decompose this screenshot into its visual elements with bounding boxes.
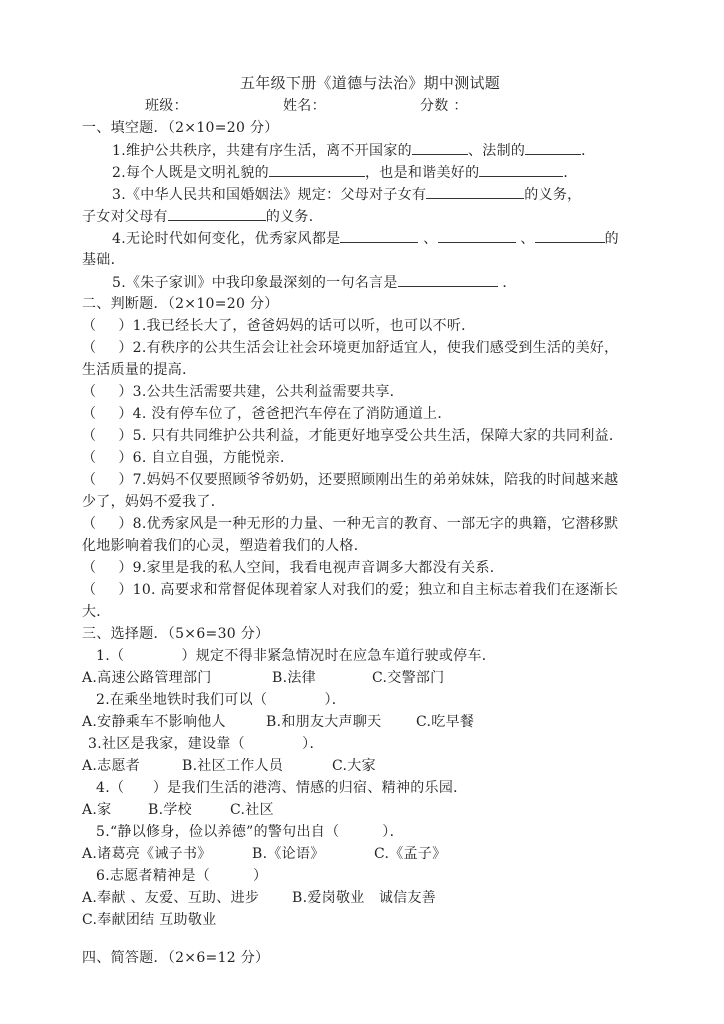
- tf-item-text: 6. 自立自强，方能悦亲．: [133, 450, 295, 466]
- answer-paren[interactable]: （）: [82, 340, 133, 356]
- answer-paren[interactable]: （）: [82, 516, 133, 532]
- tf-item: （）7.妈妈不仅要照顾爷爷奶奶，还要照顾刚出生的弟弟妹妹，陪我的时间越来越: [82, 470, 618, 490]
- q2-text-c: ．: [563, 165, 577, 181]
- tf-item-text: 9.家里是我的私人空间，我看电视声音调多大都没有关系．: [133, 560, 504, 576]
- section-heading-short-answer: 四、简答题．（2×6=12 分）: [82, 948, 269, 968]
- answer-blank[interactable]: [479, 162, 563, 177]
- class-label: 班级：: [145, 96, 188, 116]
- tf-item: （）9.家里是我的私人空间，我看电视声音调多大都没有关系．: [82, 558, 504, 578]
- answer-paren[interactable]: （）: [82, 428, 133, 444]
- answer-paren[interactable]: （）: [82, 472, 133, 488]
- answer-blank[interactable]: [426, 184, 524, 199]
- page-title: 五年级下册《道德与法治》期中测试题: [240, 73, 500, 93]
- tf-item: （）4. 没有停车位了，爸爸把汽车停在了消防通道上．: [82, 404, 452, 424]
- mc-option[interactable]: A.志愿者: [82, 756, 140, 776]
- tf-item: （）6. 自立自强，方能悦亲．: [82, 448, 294, 468]
- q4-text-b: 的: [605, 231, 619, 247]
- tf-item-text: 4. 没有停车位了，爸爸把汽车停在了消防通道上．: [133, 406, 452, 422]
- tf-item: （）1.我已经长大了，爸爸妈妈的话可以听，也可以不听．: [82, 316, 475, 336]
- mc-option[interactable]: C.奉献团结 互助敬业: [82, 910, 216, 930]
- mc-option[interactable]: C.大家: [332, 756, 376, 776]
- answer-blank[interactable]: [269, 162, 365, 177]
- tf-item-text: 5. 只有共同维护公共利益，才能更好地享受公共生活，保障大家的共同利益．: [133, 428, 624, 444]
- tf-item-cont: 生活质量的提高．: [82, 360, 196, 380]
- mc-option[interactable]: C.《孟子》: [374, 844, 446, 864]
- tf-item: （）3.公共生活需要共建，公共利益需要共享．: [82, 382, 404, 402]
- mc-option[interactable]: C.社区: [230, 800, 274, 820]
- answer-blank[interactable]: [535, 228, 605, 243]
- answer-blank[interactable]: [525, 140, 581, 155]
- answer-blank[interactable]: [398, 272, 498, 287]
- q3-text-d: 的义务．: [266, 209, 323, 225]
- q3-text-a: 3.《中华人民共和国婚姻法》规定：父母对子女有: [112, 187, 426, 203]
- mc-option[interactable]: A.诸葛亮《诫子书》: [82, 844, 212, 864]
- mc-question: 4.（ ）是我们生活的港湾、情感的归宿、精神的乐园．: [96, 778, 467, 798]
- tf-item-text: 10. 高要求和常督促体现着家人对我们的爱；独立和自主标志着我们在逐渐长: [133, 582, 619, 598]
- mc-option[interactable]: A.安静乘车不影响他人: [82, 712, 226, 732]
- q3-text-b: 的义务，: [524, 187, 581, 203]
- q2-text-a: 2.每个人既是文明礼貌的: [112, 165, 269, 181]
- mc-option[interactable]: B.社区工作人员: [182, 756, 283, 776]
- tf-item: （）8.优秀家风是一种无形的力量、一种无言的教育、一部无字的典籍，它潜移默: [82, 514, 618, 534]
- mc-option[interactable]: A.高速公路管理部门: [82, 668, 212, 688]
- fill-question-4-cont: 基础．: [82, 250, 125, 270]
- answer-blank[interactable]: [340, 228, 418, 243]
- q3-text-c: 子女对父母有: [82, 209, 168, 225]
- tf-item: （）10. 高要求和常督促体现着家人对我们的爱；独立和自主标志着我们在逐渐长: [82, 580, 618, 600]
- fill-question-2: 2.每个人既是文明礼貌的，也是和谐美好的．: [112, 162, 578, 183]
- answer-paren[interactable]: （）: [82, 450, 133, 466]
- section-heading-true-false: 二、判断题．（2×10=20 分）: [82, 294, 279, 314]
- answer-paren[interactable]: （）: [82, 560, 133, 576]
- tf-item: （）5. 只有共同维护公共利益，才能更好地享受公共生活，保障大家的共同利益．: [82, 426, 623, 446]
- mc-option[interactable]: B.《论语》: [252, 844, 325, 864]
- answer-blank[interactable]: [438, 228, 516, 243]
- mc-option[interactable]: C.吃早餐: [416, 712, 474, 732]
- mc-question: 3.社区是我家，建设靠（ ）．: [88, 734, 324, 754]
- fill-question-3-cont: 子女对父母有的义务．: [82, 206, 323, 227]
- fill-question-5: 5.《朱子家训》中我印象最深刻的一句名言是 ．: [112, 272, 517, 293]
- mc-question: 2.在乘坐地铁时我们可以（ ）．: [96, 690, 346, 710]
- tf-item: （）2.有秩序的公共生活会让社会环境更加舒适宜人，使我们感受到生活的美好，: [82, 338, 618, 358]
- mc-question: 1.（ ）规定不得非紧急情况时在应急车道行驶或停车．: [96, 646, 496, 666]
- q4-sep: 、: [423, 231, 437, 247]
- fill-question-3: 3.《中华人民共和国婚姻法》规定：父母对子女有的义务，: [112, 184, 581, 205]
- answer-blank[interactable]: [168, 206, 266, 221]
- name-label: 姓名：: [283, 96, 326, 116]
- answer-paren[interactable]: （）: [82, 406, 133, 422]
- fill-question-1: 1.维护公共秩序，共建有序生活，离不开国家的、法制的．: [112, 140, 595, 161]
- section-heading-multiple-choice: 三、选择题．（5×6=30 分）: [82, 624, 269, 644]
- tf-item-text: 1.我已经长大了，爸爸妈妈的话可以听，也可以不听．: [133, 318, 476, 334]
- tf-item-text: 3.公共生活需要共建，公共利益需要共享．: [133, 384, 404, 400]
- q4-text-a: 4.无论时代如何变化，优秀家风都是: [112, 231, 340, 247]
- tf-item-text: 2.有秩序的公共生活会让社会环境更加舒适宜人，使我们感受到生活的美好，: [133, 340, 619, 356]
- q2-text-b: ，也是和谐美好的: [365, 165, 479, 181]
- answer-paren[interactable]: （）: [82, 582, 133, 598]
- tf-item-text: 8.优秀家风是一种无形的力量、一种无言的教育、一部无字的典籍，它潜移默: [133, 516, 619, 532]
- q1-text-a: 1.维护公共秩序，共建有序生活，离不开国家的: [112, 143, 412, 159]
- fill-question-4: 4.无论时代如何变化，优秀家风都是 、 、的: [112, 228, 619, 249]
- tf-item-cont: 化地影响着我们的心灵，塑造着我们的人格．: [82, 536, 368, 556]
- answer-blank[interactable]: [412, 140, 468, 155]
- mc-option[interactable]: A.家: [82, 800, 111, 820]
- tf-item-cont: 少了，妈妈不爱我了．: [82, 492, 225, 512]
- mc-question: 6.志愿者精神是（ ）: [96, 866, 267, 886]
- section-heading-fill-blank: 一、填空题．（2×10=20 分）: [82, 118, 279, 138]
- answer-paren[interactable]: （）: [82, 384, 133, 400]
- tf-item-text: 7.妈妈不仅要照顾爷爷奶奶，还要照顾刚出生的弟弟妹妹，陪我的时间越来越: [133, 472, 619, 488]
- q5-text-a: 5.《朱子家训》中我印象最深刻的一句名言是: [112, 275, 398, 291]
- mc-option[interactable]: B.学校: [148, 800, 192, 820]
- mc-option[interactable]: B.法律: [272, 668, 316, 688]
- mc-option[interactable]: C.交警部门: [372, 668, 444, 688]
- q1-text-b: 、法制的: [468, 143, 525, 159]
- mc-option[interactable]: A.奉献 、友爱、互助、进步: [82, 888, 259, 908]
- q1-text-c: ．: [581, 143, 595, 159]
- q5-text-b: ．: [502, 275, 516, 291]
- mc-question: 5.“静以修身，俭以养德”的警句出自（ ）．: [96, 822, 404, 842]
- score-label: 分数 ：: [420, 96, 468, 116]
- mc-option[interactable]: B.爱岗敬业 诚信友善: [292, 888, 436, 908]
- q4-sep: 、: [520, 231, 534, 247]
- mc-option[interactable]: B.和朋友大声聊天: [266, 712, 381, 732]
- answer-paren[interactable]: （）: [82, 318, 133, 334]
- tf-item-cont: 大．: [82, 602, 111, 622]
